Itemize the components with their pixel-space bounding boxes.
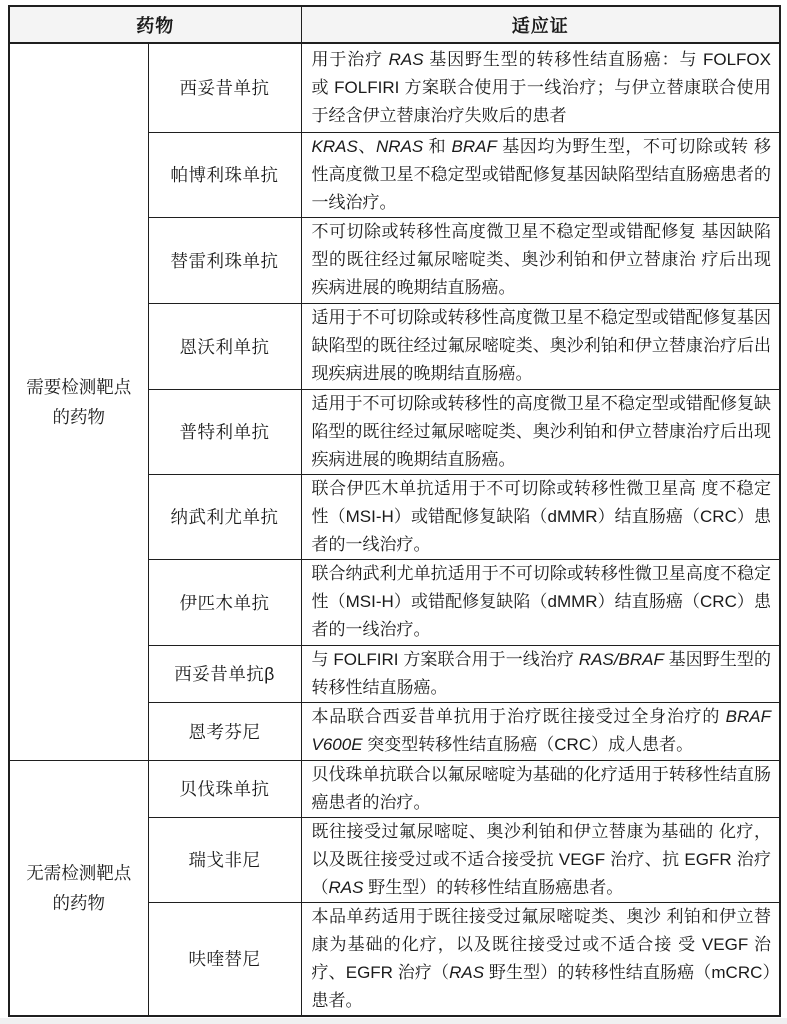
indication-cell: 与 FOLFIRI 方案联合用于一线治疗 RAS/BRAF 基因野生型的转移性结…: [301, 645, 780, 702]
indication-cell: 本品单药适用于既往接受过氟尿嘧啶类、奥沙 利铂和伊立替康为基础的化疗，以及既往接…: [301, 902, 780, 1016]
header-cell-drug: 药物: [9, 6, 301, 43]
drug-name-cell: 纳武利尤单抗: [148, 474, 301, 559]
drug-indication-table: 药物 适应证 需要检测靶点的药物 西妥昔单抗 用于治疗 RAS 基因野生型的转移…: [8, 5, 781, 1017]
drug-name-cell: 恩考芬尼: [148, 702, 301, 760]
drug-name-cell: 普特利单抗: [148, 389, 301, 474]
group-cell-no-targets-required: 无需检测靶点的药物: [9, 760, 148, 1016]
indication-cell: 既往接受过氟尿嘧啶、奥沙利铂和伊立替康为基础的 化疗，以及既往接受过或不适合接受…: [301, 817, 780, 902]
indication-cell: 贝伐珠单抗联合以氟尿嘧啶为基础的化疗适用于转移性结直肠癌患者的治疗。: [301, 760, 780, 817]
drug-name-cell: 恩沃利单抗: [148, 303, 301, 389]
drug-name-cell: 帕博利珠单抗: [148, 132, 301, 217]
drug-name-cell: 西妥昔单抗β: [148, 645, 301, 702]
indication-cell: 适用于不可切除或转移性高度微卫星不稳定型或错配修复基因缺陷型的既往经过氟尿嘧啶类…: [301, 303, 780, 389]
indication-cell: KRAS、NRAS 和 BRAF 基因均为野生型，不可切除或转 移性高度微卫星不…: [301, 132, 780, 217]
indication-cell: 适用于不可切除或转移性的高度微卫星不稳定型或错配修复缺陷型的既往经过氟尿嘧啶类、…: [301, 389, 780, 474]
indication-cell: 本品联合西妥昔单抗用于治疗既往接受过全身治疗的 BRAF V600E 突变型转移…: [301, 702, 780, 760]
drug-name-cell: 伊匹木单抗: [148, 559, 301, 645]
group-cell-targets-required: 需要检测靶点的药物: [9, 43, 148, 760]
indication-cell: 联合纳武利尤单抗适用于不可切除或转移性微卫星高度不稳定性（MSI-H）或错配修复…: [301, 559, 780, 645]
document-page: { "table": { "header": { "drug_col": "药物…: [0, 0, 787, 1024]
drug-name-cell: 西妥昔单抗: [148, 43, 301, 132]
drug-name-cell: 瑞戈非尼: [148, 817, 301, 902]
table-header-row: 药物 适应证: [9, 6, 780, 43]
drug-name-cell: 贝伐珠单抗: [148, 760, 301, 817]
header-cell-indication: 适应证: [301, 6, 780, 43]
page-bottom-edge: [0, 1018, 787, 1024]
table-row: 无需检测靶点的药物 贝伐珠单抗 贝伐珠单抗联合以氟尿嘧啶为基础的化疗适用于转移性…: [9, 760, 780, 817]
indication-cell: 用于治疗 RAS 基因野生型的转移性结直肠癌：与 FOLFOX 或 FOLFIR…: [301, 43, 780, 132]
indication-cell: 联合伊匹木单抗适用于不可切除或转移性微卫星高 度不稳定性（MSI-H）或错配修复…: [301, 474, 780, 559]
drug-name-cell: 替雷利珠单抗: [148, 217, 301, 303]
drug-name-cell: 呋喹替尼: [148, 902, 301, 1016]
table-row: 需要检测靶点的药物 西妥昔单抗 用于治疗 RAS 基因野生型的转移性结直肠癌：与…: [9, 43, 780, 132]
indication-cell: 不可切除或转移性高度微卫星不稳定型或错配修复 基因缺陷型的既往经过氟尿嘧啶类、奥…: [301, 217, 780, 303]
